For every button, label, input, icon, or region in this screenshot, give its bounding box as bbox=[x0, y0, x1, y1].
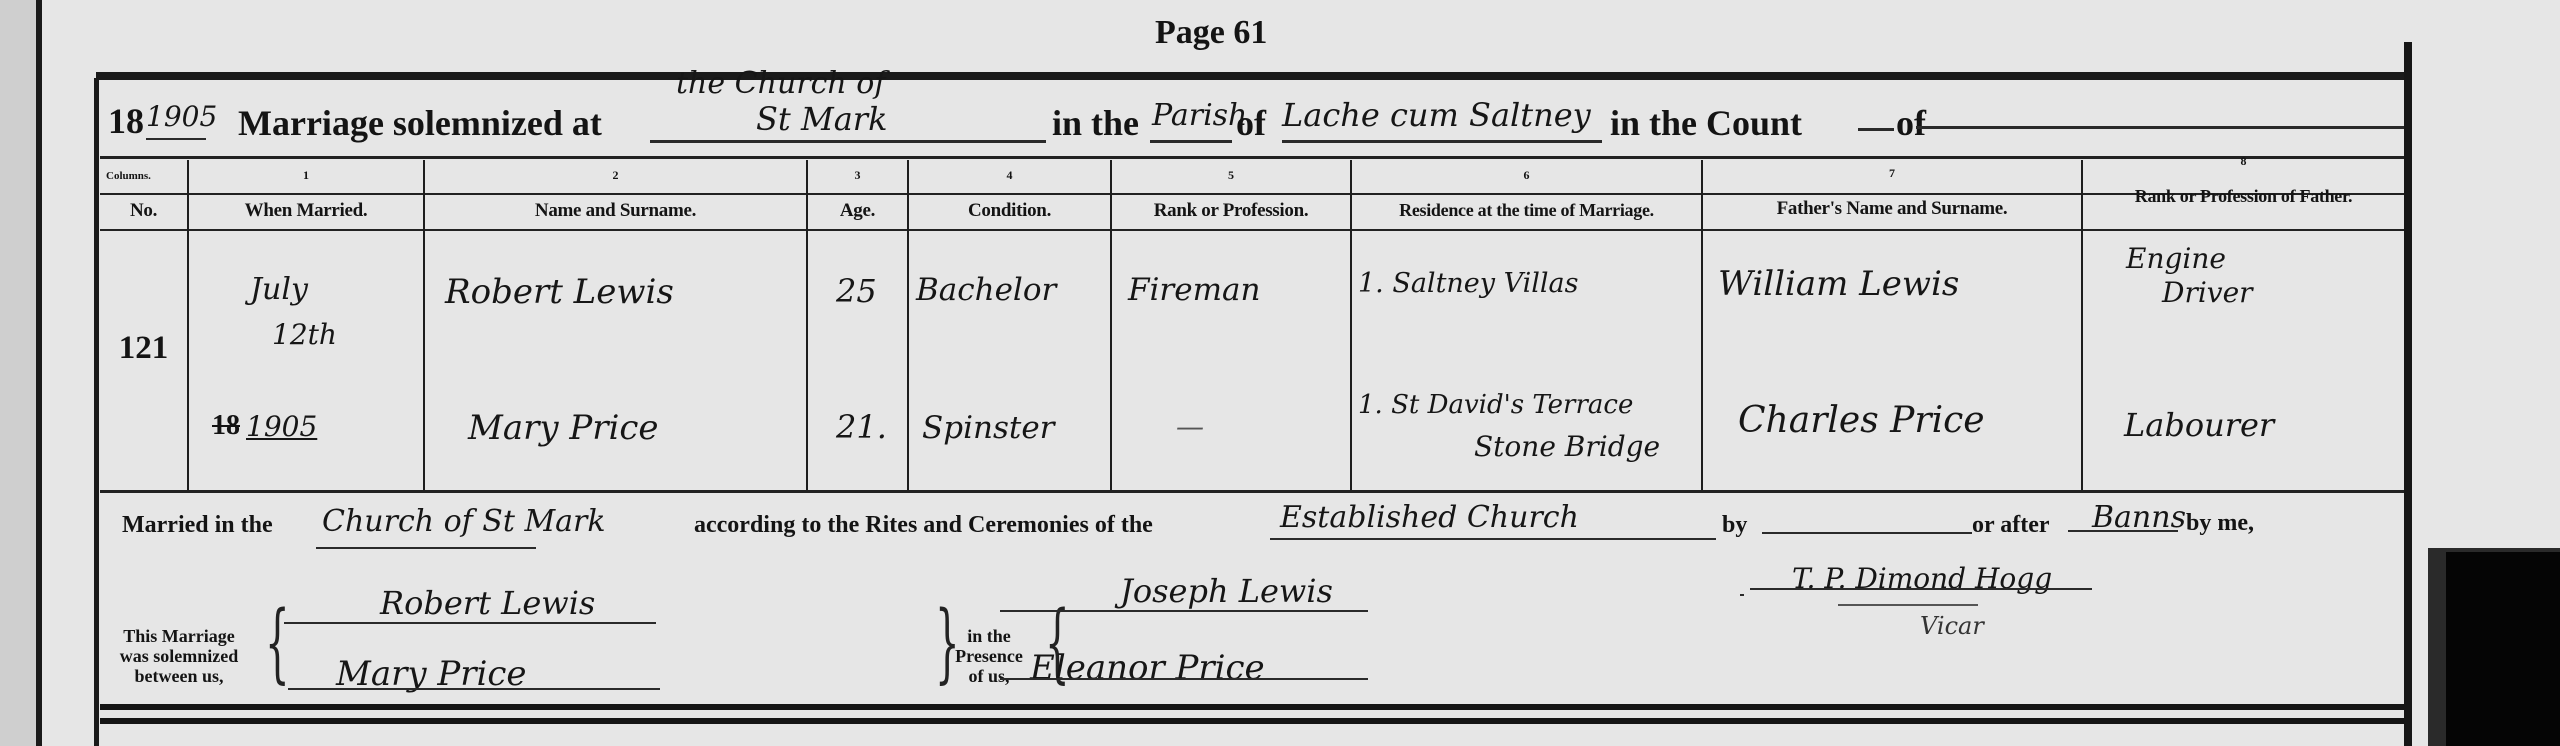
header-father-name: Father's Name and Surname. bbox=[1703, 198, 2081, 220]
groom-condition: Bachelor bbox=[916, 272, 1056, 308]
in-the-label: in the bbox=[1052, 102, 1139, 144]
left-brace-icon: { bbox=[265, 600, 290, 686]
place-line-1: the Church of bbox=[676, 66, 885, 101]
district-name: Lache cum Saltney bbox=[1282, 96, 1591, 134]
married-in-value: Church of St Mark bbox=[322, 504, 606, 539]
county-blank-line bbox=[1916, 126, 2404, 129]
year-handwritten: 1905 bbox=[146, 100, 217, 133]
rites-value: Established Church bbox=[1280, 500, 1579, 535]
presence-label-2: Presence bbox=[944, 646, 1034, 666]
officiant-title: Vicar bbox=[1920, 612, 1984, 640]
witness-1-signature: Joseph Lewis bbox=[1120, 572, 1333, 610]
between-label-1: This Marriage bbox=[104, 626, 254, 646]
place-line-2: St Mark bbox=[756, 100, 887, 138]
witness-2-line bbox=[1000, 678, 1368, 680]
column-number-1: 1 bbox=[189, 168, 423, 183]
party-1-signature: Robert Lewis bbox=[380, 584, 595, 622]
date-month: July bbox=[250, 272, 308, 307]
presence-label: in the Presence of us, bbox=[944, 626, 1034, 686]
header-no: No. bbox=[100, 200, 187, 222]
between-us-label: This Marriage was solemnized between us, bbox=[104, 626, 254, 686]
groom-profession: Fireman bbox=[1128, 272, 1260, 308]
between-label-3: between us, bbox=[104, 666, 254, 686]
column-number-3: 3 bbox=[808, 168, 907, 183]
bride-name: Mary Price bbox=[468, 408, 659, 448]
column-header-rule bbox=[100, 229, 2404, 231]
form-frame-left bbox=[94, 78, 99, 746]
groom-age: 25 bbox=[836, 272, 877, 310]
rites-label: according to the Rites and Ceremonies of… bbox=[694, 512, 1153, 539]
columns-label: Columns. bbox=[100, 170, 187, 182]
district-type: Parish bbox=[1152, 98, 1247, 133]
county-gap-line bbox=[1858, 128, 1894, 131]
groom-father-name: William Lewis bbox=[1718, 264, 1959, 304]
book-edge-shadow bbox=[2446, 552, 2560, 746]
bride-father-profession: Labourer bbox=[2124, 406, 2274, 444]
witness-1-line bbox=[1000, 610, 1368, 612]
party-1-line bbox=[284, 622, 656, 624]
bride-residence-line1: 1. St David's Terrace bbox=[1358, 390, 1633, 420]
solemnized-label: Marriage solemnized at bbox=[238, 102, 602, 144]
column-number-rule bbox=[100, 193, 2404, 195]
between-label-2: was solemnized bbox=[104, 646, 254, 666]
header-residence: Residence at the time of Marriage. bbox=[1352, 200, 1701, 221]
county-label: in the Count bbox=[1610, 102, 1802, 144]
rites-line bbox=[1270, 538, 1716, 540]
by-line bbox=[1762, 532, 1972, 534]
county-of-label: of bbox=[1896, 102, 1926, 144]
or-after-line bbox=[2068, 530, 2178, 532]
married-in-line bbox=[316, 547, 536, 549]
column-number-4: 4 bbox=[909, 168, 1110, 183]
groom-father-profession-line2: Driver bbox=[2162, 276, 2253, 309]
column-number-6: 6 bbox=[1352, 168, 1701, 183]
district-name-line bbox=[1282, 140, 1602, 143]
groom-father-profession-line1: Engine bbox=[2126, 242, 2226, 275]
or-after-label: or after bbox=[1972, 512, 2050, 539]
year-blank-line bbox=[146, 138, 206, 140]
page-number: Page 61 bbox=[1155, 14, 1267, 52]
bride-father-name: Charles Price bbox=[1738, 400, 1985, 441]
bride-age: 21. bbox=[836, 408, 887, 446]
header-name-surname: Name and Surname. bbox=[425, 200, 806, 222]
header-condition: Condition. bbox=[909, 200, 1110, 222]
bride-profession: — bbox=[1176, 410, 1204, 443]
year-prefix: 18 bbox=[108, 100, 144, 142]
bottom-double-rule-2 bbox=[100, 718, 2404, 724]
groom-residence: 1. Saltney Villas bbox=[1358, 268, 1579, 299]
header-father-rank: Rank or Profession of Father. bbox=[2083, 186, 2404, 207]
officiant-line bbox=[1750, 588, 2092, 590]
bride-residence-line2: Stone Bridge bbox=[1474, 430, 1660, 463]
date-year: 1905 bbox=[246, 410, 317, 443]
column-number-2: 2 bbox=[425, 168, 806, 183]
date-year-prefix: 18 bbox=[212, 410, 240, 442]
form-frame-right bbox=[2404, 42, 2412, 746]
col-divider-7 bbox=[2081, 160, 2083, 490]
column-number-7: 7 bbox=[1703, 166, 2081, 181]
officiant-underline bbox=[1838, 604, 1978, 606]
by-label: by bbox=[1722, 512, 1747, 539]
bottom-double-rule-1 bbox=[100, 704, 2404, 710]
heading-rule bbox=[100, 156, 2404, 159]
form-frame-top bbox=[96, 72, 2408, 80]
presence-label-1: in the bbox=[944, 626, 1034, 646]
place-blank-line bbox=[650, 140, 1046, 143]
column-number-5: 5 bbox=[1112, 168, 1350, 183]
officiant-signature: T. P. Dimond Hogg bbox=[1792, 562, 2052, 595]
adjacent-page-margin bbox=[0, 0, 36, 746]
by-me-label: by me, bbox=[2186, 510, 2254, 537]
header-age: Age. bbox=[808, 200, 907, 222]
district-type-line bbox=[1150, 140, 1232, 143]
presence-label-3: of us, bbox=[944, 666, 1034, 686]
of-label: of bbox=[1236, 102, 1266, 144]
bride-condition: Spinster bbox=[922, 410, 1055, 446]
header-rank-profession: Rank or Profession. bbox=[1112, 200, 1350, 222]
party-2-line bbox=[288, 688, 660, 690]
header-when-married: When Married. bbox=[189, 200, 423, 222]
entry-bottom-rule bbox=[100, 490, 2404, 493]
groom-name: Robert Lewis bbox=[445, 272, 674, 312]
entry-number: 121 bbox=[100, 330, 187, 367]
witness-2-signature: Eleanor Price bbox=[1030, 648, 1265, 688]
officiant-dash bbox=[1740, 594, 1744, 596]
date-day: 12th bbox=[272, 318, 337, 351]
column-number-8: 8 bbox=[2083, 154, 2404, 169]
married-in-label: Married in the bbox=[122, 512, 273, 539]
